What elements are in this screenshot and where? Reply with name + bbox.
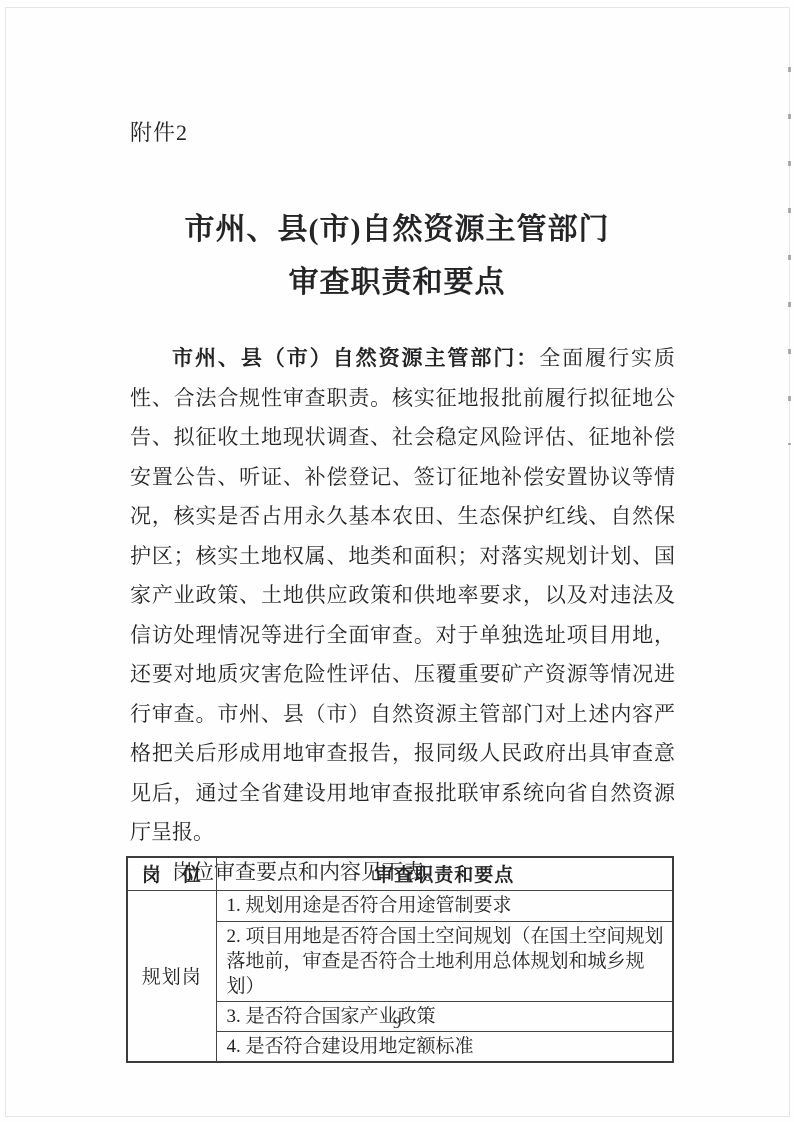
table-cell-post: 规划岗 [127, 890, 216, 1062]
paragraph-lead-bold: 市州、县（市）自然资源主管部门： [172, 346, 539, 370]
paragraph-main: 市州、县（市）自然资源主管部门：全面履行实质性、合法合规性审查职责。核实征地报批… [130, 339, 675, 853]
table-cell-item-2: 2. 项目用地是否符合国土空间规划（在国土空间规划落地前，审查是否符合土地利用总… [216, 921, 673, 1001]
document-title-line1: 市州、县(市)自然资源主管部门 [0, 203, 794, 256]
document-title-line2: 审查职责和要点 [0, 256, 794, 309]
body-text: 市州、县（市）自然资源主管部门：全面履行实质性、合法合规性审查职责。核实征地报批… [130, 339, 675, 892]
table-cell-item-4: 4. 是否符合建设用地定额标准 [216, 1031, 673, 1062]
table-cell-item-1: 1. 规划用途是否符合用途管制要求 [216, 890, 673, 921]
page-number: 9 [0, 1013, 794, 1033]
table-header-points: 审查职责和要点 [216, 857, 673, 890]
attachment-label: 附件2 [130, 116, 188, 147]
table-row: 规划岗 1. 规划用途是否符合用途管制要求 [127, 890, 673, 921]
table-header-row: 岗 位 审查职责和要点 [127, 857, 673, 890]
document-title: 市州、县(市)自然资源主管部门 审查职责和要点 [0, 203, 794, 309]
paragraph-body-text: 全面履行实质性、合法合规性审查职责。核实征地报批前履行拟征地公告、拟征收土地现状… [130, 346, 675, 844]
document-page: 附件2 市州、县(市)自然资源主管部门 审查职责和要点 市州、县（市）自然资源主… [0, 0, 794, 1122]
table-header-post: 岗 位 [127, 857, 216, 890]
